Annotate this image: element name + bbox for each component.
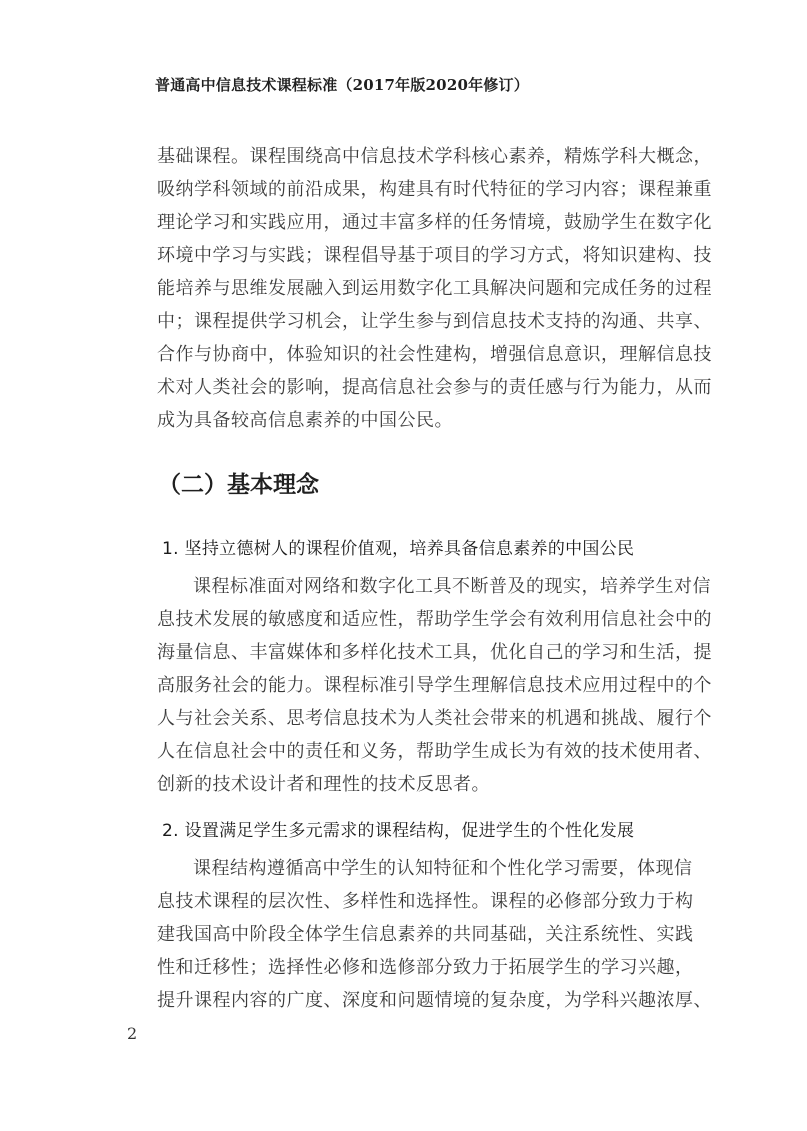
paragraph-line: 提升课程内容的广度、深度和问题情境的复杂度，为学科兴趣浓厚、 bbox=[157, 986, 682, 1012]
paragraph-line: 性和迁移性；选择性必修和选修部分致力于拓展学生的学习兴趣， bbox=[157, 953, 682, 979]
paragraph-line: 成为具备较高信息素养的中国公民。 bbox=[157, 406, 682, 432]
paragraph-line: 吸纳学科领域的前沿成果，构建具有时代特征的学习内容；课程兼重 bbox=[157, 175, 682, 201]
paragraph-line: 中；课程提供学习机会，让学生参与到信息技术支持的沟通、共享、 bbox=[157, 307, 682, 333]
page-number: 2 bbox=[127, 1024, 137, 1043]
paragraph-line: 基础课程。课程围绕高中信息技术学科核心素养，精炼学科大概念， bbox=[157, 142, 682, 168]
document-page: 普通高中信息技术课程标准（2017年版2020年修订） 基础课程。课程围绕高中信… bbox=[0, 0, 807, 1131]
paragraph-line: 理论学习和实践应用，通过丰富多样的任务情境，鼓励学生在数字化 bbox=[157, 208, 682, 234]
paragraph-line: 能培养与思维发展融入到运用数字化工具解决问题和完成任务的过程 bbox=[157, 274, 682, 300]
paragraph-line: 创新的技术设计者和理性的技术反思者。 bbox=[157, 770, 682, 796]
subsection-heading: 2. 设置满足学生多元需求的课程结构，促进学生的个性化发展 bbox=[162, 816, 634, 841]
paragraph-line: 人在信息社会中的责任和义务，帮助学生成长为有效的技术使用者、 bbox=[157, 737, 682, 763]
paragraph-line: 人与社会关系、思考信息技术为人类社会带来的机遇和挑战、履行个 bbox=[157, 704, 682, 730]
running-header: 普通高中信息技术课程标准（2017年版2020年修订） bbox=[155, 74, 529, 95]
paragraph-line: 高服务社会的能力。课程标准引导学生理解信息技术应用过程中的个 bbox=[157, 671, 682, 697]
paragraph-line: 息技术发展的敏感度和适应性，帮助学生学会有效利用信息社会中的 bbox=[157, 605, 682, 631]
paragraph-line: 合作与协商中，体验知识的社会性建构，增强信息意识，理解信息技 bbox=[157, 340, 682, 366]
subsection-heading: 1. 坚持立德树人的课程价值观，培养具备信息素养的中国公民 bbox=[162, 534, 634, 559]
paragraph-line: 息技术课程的层次性、多样性和选择性。课程的必修部分致力于构 bbox=[157, 887, 682, 913]
section-heading: （二）基本理念 bbox=[158, 466, 319, 499]
paragraph-line: 课程结构遵循高中学生的认知特征和个性化学习需要，体现信 bbox=[193, 854, 682, 880]
paragraph-line: 课程标准面对网络和数字化工具不断普及的现实，培养学生对信 bbox=[193, 572, 682, 598]
paragraph-line: 术对人类社会的影响，提高信息社会参与的责任感与行为能力，从而 bbox=[157, 373, 682, 399]
paragraph-line: 海量信息、丰富媒体和多样化技术工具，优化自己的学习和生活，提 bbox=[157, 638, 682, 664]
paragraph-line: 建我国高中阶段全体学生信息素养的共同基础，关注系统性、实践 bbox=[157, 920, 682, 946]
paragraph-line: 环境中学习与实践；课程倡导基于项目的学习方式，将知识建构、技 bbox=[157, 241, 682, 267]
